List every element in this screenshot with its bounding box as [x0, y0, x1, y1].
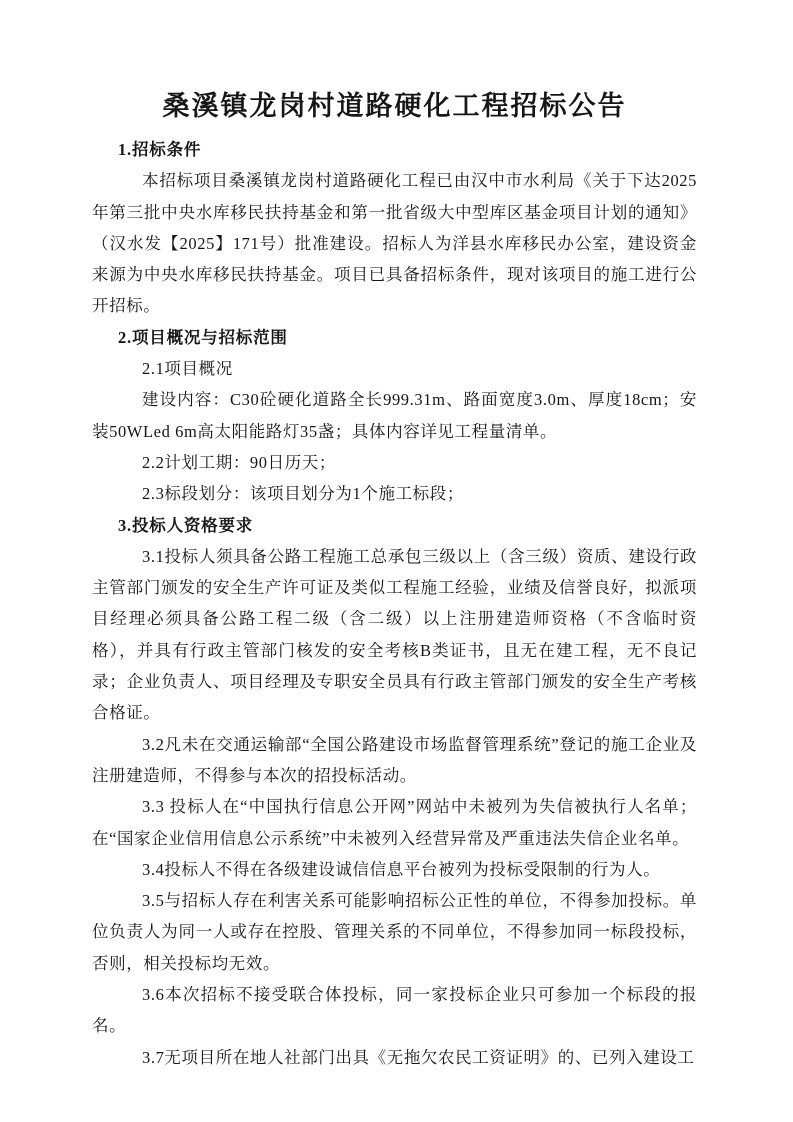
section-1-heading: 1.招标条件 — [92, 134, 697, 165]
section-2-paragraph-planned-duration: 2.2计划工期：90日历天； — [92, 447, 697, 478]
section-3-paragraph-qualification-3-5: 3.5与招标人存在利害关系可能影响招标公正性的单位，不得参加投标。单位负责人为同… — [92, 885, 697, 979]
section-2-paragraph-project-overview-subheading: 2.1项目概况 — [92, 353, 697, 384]
section-3-paragraph-qualification-3-2: 3.2凡未在交通运输部“全国公路建设市场监督管理系统”登记的施工企业及注册建造师… — [92, 729, 697, 792]
section-2-heading: 2.项目概况与招标范围 — [92, 322, 697, 353]
tender-notice-page: 桑溪镇龙岗村道路硬化工程招标公告 1.招标条件 本招标项目桑溪镇龙岗村道路硬化工… — [0, 0, 793, 1122]
document-title: 桑溪镇龙岗村道路硬化工程招标公告 — [92, 84, 697, 128]
section-3-paragraph-qualification-3-3: 3.3 投标人在“中国执行信息公开网”网站中未被列为失信被执行人名单；在“国家企… — [92, 791, 697, 854]
section-1-paragraph-bidding-conditions: 本招标项目桑溪镇龙岗村道路硬化工程已由汉中市水利局《关于下达2025年第三批中央… — [92, 165, 697, 321]
section-3-paragraph-qualification-3-1: 3.1投标人须具备公路工程施工总承包三级以上（含三级）资质、建设行政主管部门颁发… — [92, 541, 697, 729]
section-2-paragraph-construction-content: 建设内容：C30砼硬化道路全长999.31m、路面宽度3.0m、厚度18cm；安… — [92, 384, 697, 447]
section-3-heading: 3.投标人资格要求 — [92, 510, 697, 541]
section-3-paragraph-qualification-3-7-truncated: 3.7无项目所在地人社部门出具《无拖欠农民工资证明》的、已列入建设工 — [92, 1042, 697, 1073]
section-3-paragraph-qualification-3-6: 3.6本次招标不接受联合体投标，同一家投标企业只可参加一个标段的报名。 — [92, 979, 697, 1042]
section-2-paragraph-bid-sections: 2.3标段划分：该项目划分为1个施工标段； — [92, 478, 697, 509]
section-3-paragraph-qualification-3-4: 3.4投标人不得在各级建设诚信信息平台被列为投标受限制的行为人。 — [92, 854, 697, 885]
